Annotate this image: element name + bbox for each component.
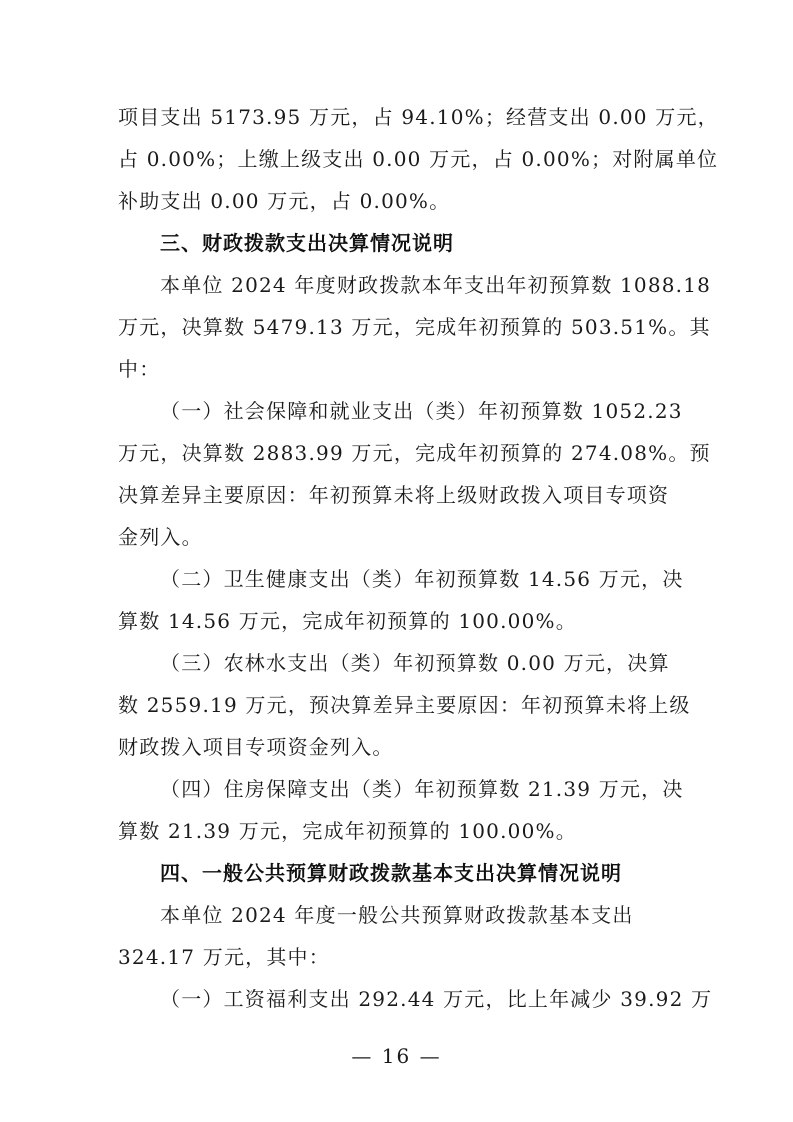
list-item-line: （四）住房保障支出（类）年初预算数 21.39 万元，决 xyxy=(160,775,678,803)
paragraph-line: 中： xyxy=(118,355,678,383)
paragraph-line: 万元，决算数 5479.13 万元，完成年初预算的 503.51%。其 xyxy=(118,313,678,341)
list-item-line: 算数 14.56 万元，完成年初预算的 100.00%。 xyxy=(118,607,678,635)
list-item-line: 财政拨入项目专项资金列入。 xyxy=(118,733,678,761)
paragraph-line: 占 0.00%；上缴上级支出 0.00 万元，占 0.00%；对附属单位 xyxy=(118,145,678,173)
list-item-line: 数 2559.19 万元，预决算差异主要原因：年初预算未将上级 xyxy=(118,691,678,719)
paragraph-line: 324.17 万元，其中： xyxy=(118,943,678,971)
section-heading-3: 三、财政拨款支出决算情况说明 xyxy=(160,229,454,257)
list-item-line: 万元，决算数 2883.99 万元，完成年初预算的 274.08%。预 xyxy=(118,439,678,467)
paragraph-line: 项目支出 5173.95 万元，占 94.10%；经营支出 0.00 万元， xyxy=(118,103,678,131)
list-item-line: 金列入。 xyxy=(118,523,678,551)
list-item-line: 决算差异主要原因：年初预算未将上级财政拨入项目专项资 xyxy=(118,481,678,509)
paragraph-line: 补助支出 0.00 万元，占 0.00%。 xyxy=(118,187,678,215)
paragraph-line: 本单位 2024 年度财政拨款本年支出年初预算数 1088.18 xyxy=(160,271,678,299)
document-page: 项目支出 5173.95 万元，占 94.10%；经营支出 0.00 万元， 占… xyxy=(0,0,793,1122)
list-item-line: （一）工资福利支出 292.44 万元，比上年减少 39.92 万 xyxy=(160,985,678,1013)
list-item-line: （三）农林水支出（类）年初预算数 0.00 万元，决算 xyxy=(160,649,678,677)
list-item-line: （二）卫生健康支出（类）年初预算数 14.56 万元，决 xyxy=(160,565,678,593)
page-number: — 16 — xyxy=(0,1042,793,1070)
paragraph-line: 本单位 2024 年度一般公共预算财政拨款基本支出 xyxy=(160,901,678,929)
list-item-line: （一）社会保障和就业支出（类）年初预算数 1052.23 xyxy=(160,397,678,425)
section-heading-4: 四、一般公共预算财政拨款基本支出决算情况说明 xyxy=(160,859,622,887)
list-item-line: 算数 21.39 万元，完成年初预算的 100.00%。 xyxy=(118,817,678,845)
